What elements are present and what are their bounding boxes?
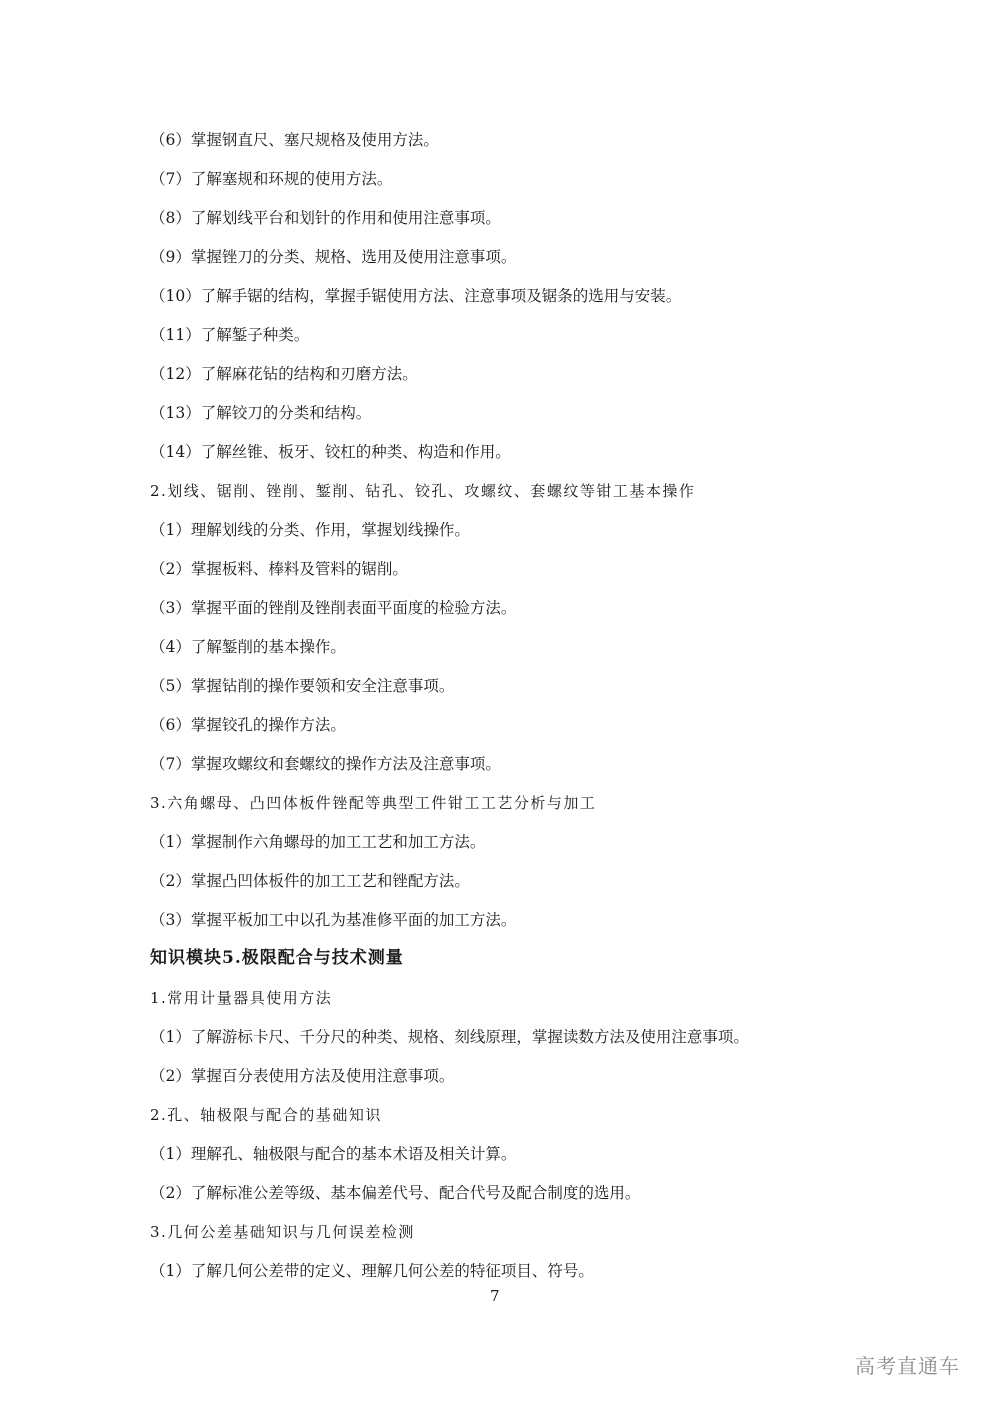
list-item: （6）掌握钢直尺、塞尺规格及使用方法。 [150,130,439,150]
list-item: （3）掌握平面的锉削及锉削表面平面度的检验方法。 [150,598,516,618]
section-subheading: 2.孔、轴极限与配合的基础知识 [150,1105,382,1125]
list-item: （10）了解手锯的结构，掌握手锯使用方法、注意事项及锯条的选用与安装。 [150,286,681,306]
module-heading: 知识模块5.极限配合与技术测量 [150,948,404,968]
list-item: （12）了解麻花钻的结构和刃磨方法。 [150,364,418,384]
section-subheading: 1.常用计量器具使用方法 [150,988,332,1008]
list-item: （1）理解划线的分类、作用，掌握划线操作。 [150,520,470,540]
list-item: （9）掌握锉刀的分类、规格、选用及使用注意事项。 [150,247,516,267]
section-subheading: 3.六角螺母、凸凹体板件锉配等典型工件钳工工艺分析与加工 [150,793,596,813]
list-item: （1）了解游标卡尺、千分尺的种类、规格、刻线原理，掌握读数方法及使用注意事项。 [150,1027,749,1047]
section-subheading: 3.几何公差基础知识与几何误差检测 [150,1222,415,1242]
list-item: （3）掌握平板加工中以孔为基准修平面的加工方法。 [150,910,516,930]
list-item: （1）了解几何公差带的定义、理解几何公差的特征项目、符号。 [150,1261,594,1281]
watermark: 高考直通车 [855,1350,960,1379]
list-item: （13）了解铰刀的分类和结构。 [150,403,371,423]
list-item: （7）掌握攻螺纹和套螺纹的操作方法及注意事项。 [150,754,501,774]
list-item: （5）掌握钻削的操作要领和安全注意事项。 [150,676,454,696]
list-item: （8）了解划线平台和划针的作用和使用注意事项。 [150,208,501,228]
list-item: （2）掌握百分表使用方法及使用注意事项。 [150,1066,454,1086]
list-item: （2）掌握凸凹体板件的加工工艺和锉配方法。 [150,871,470,891]
list-item: （4）了解錾削的基本操作。 [150,637,346,657]
page-number: 7 [490,1287,500,1305]
list-item: （6）掌握铰孔的操作方法。 [150,715,346,735]
list-item: （1）掌握制作六角螺母的加工工艺和加工方法。 [150,832,485,852]
list-item: （1）理解孔、轴极限与配合的基本术语及相关计算。 [150,1144,516,1164]
list-item: （11）了解錾子种类。 [150,325,309,345]
list-item: （14）了解丝锥、板牙、铰杠的种类、构造和作用。 [150,442,511,462]
list-item: （2）了解标准公差等级、基本偏差代号、配合代号及配合制度的选用。 [150,1183,640,1203]
list-item: （2）掌握板料、棒料及管料的锯削。 [150,559,408,579]
list-item: （7）了解塞规和环规的使用方法。 [150,169,392,189]
section-subheading: 2.划线、锯削、锉削、錾削、钻孔、铰孔、攻螺纹、套螺纹等钳工基本操作 [150,481,695,501]
